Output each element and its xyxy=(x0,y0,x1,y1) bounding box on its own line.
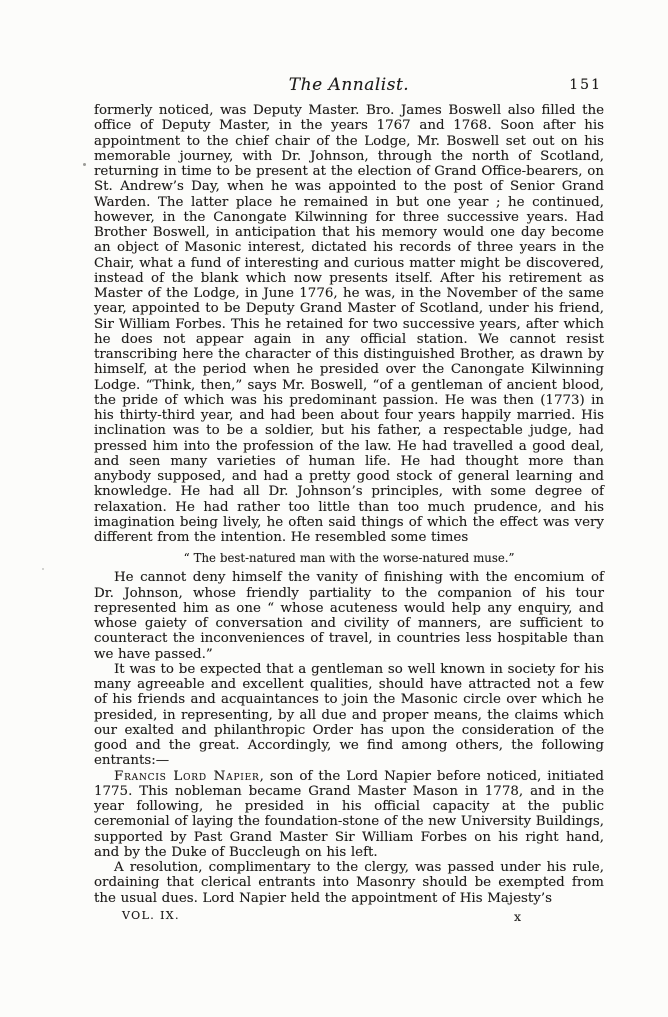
paragraph-encomium: He cannot deny himself the vanity of fin… xyxy=(94,570,604,662)
scan-speck xyxy=(42,568,44,570)
page-footer: VOL. IX. x xyxy=(94,909,604,927)
page-number: 151 xyxy=(569,77,602,93)
page-body: formerly noticed, was Deputy Master. Bro… xyxy=(94,103,604,906)
page-title: The Annalist. xyxy=(94,75,604,95)
scan-speck xyxy=(83,163,86,166)
page-header: The Annalist. 151 xyxy=(94,75,604,103)
text-block: The Annalist. 151 formerly noticed, was … xyxy=(94,75,604,927)
paragraph-boswell-deputy-master: formerly noticed, was Deputy Master. Bro… xyxy=(94,103,604,545)
paragraph-resolution-clergy: A resolution, complimentary to the clerg… xyxy=(94,860,604,906)
signature-mark: x xyxy=(514,909,521,924)
book-page: The Annalist. 151 formerly noticed, was … xyxy=(0,0,668,1017)
volume-label: VOL. IX. xyxy=(122,909,180,922)
napier-name-smallcaps: Francis Lord Napier xyxy=(114,769,260,784)
paragraph-masonic-circle: It was to be expected that a gentleman s… xyxy=(94,662,604,769)
paragraph-napier: Francis Lord Napier, son of the Lord Nap… xyxy=(94,769,604,861)
verse-quote: “ The best-natured man with the worse-na… xyxy=(94,551,604,565)
